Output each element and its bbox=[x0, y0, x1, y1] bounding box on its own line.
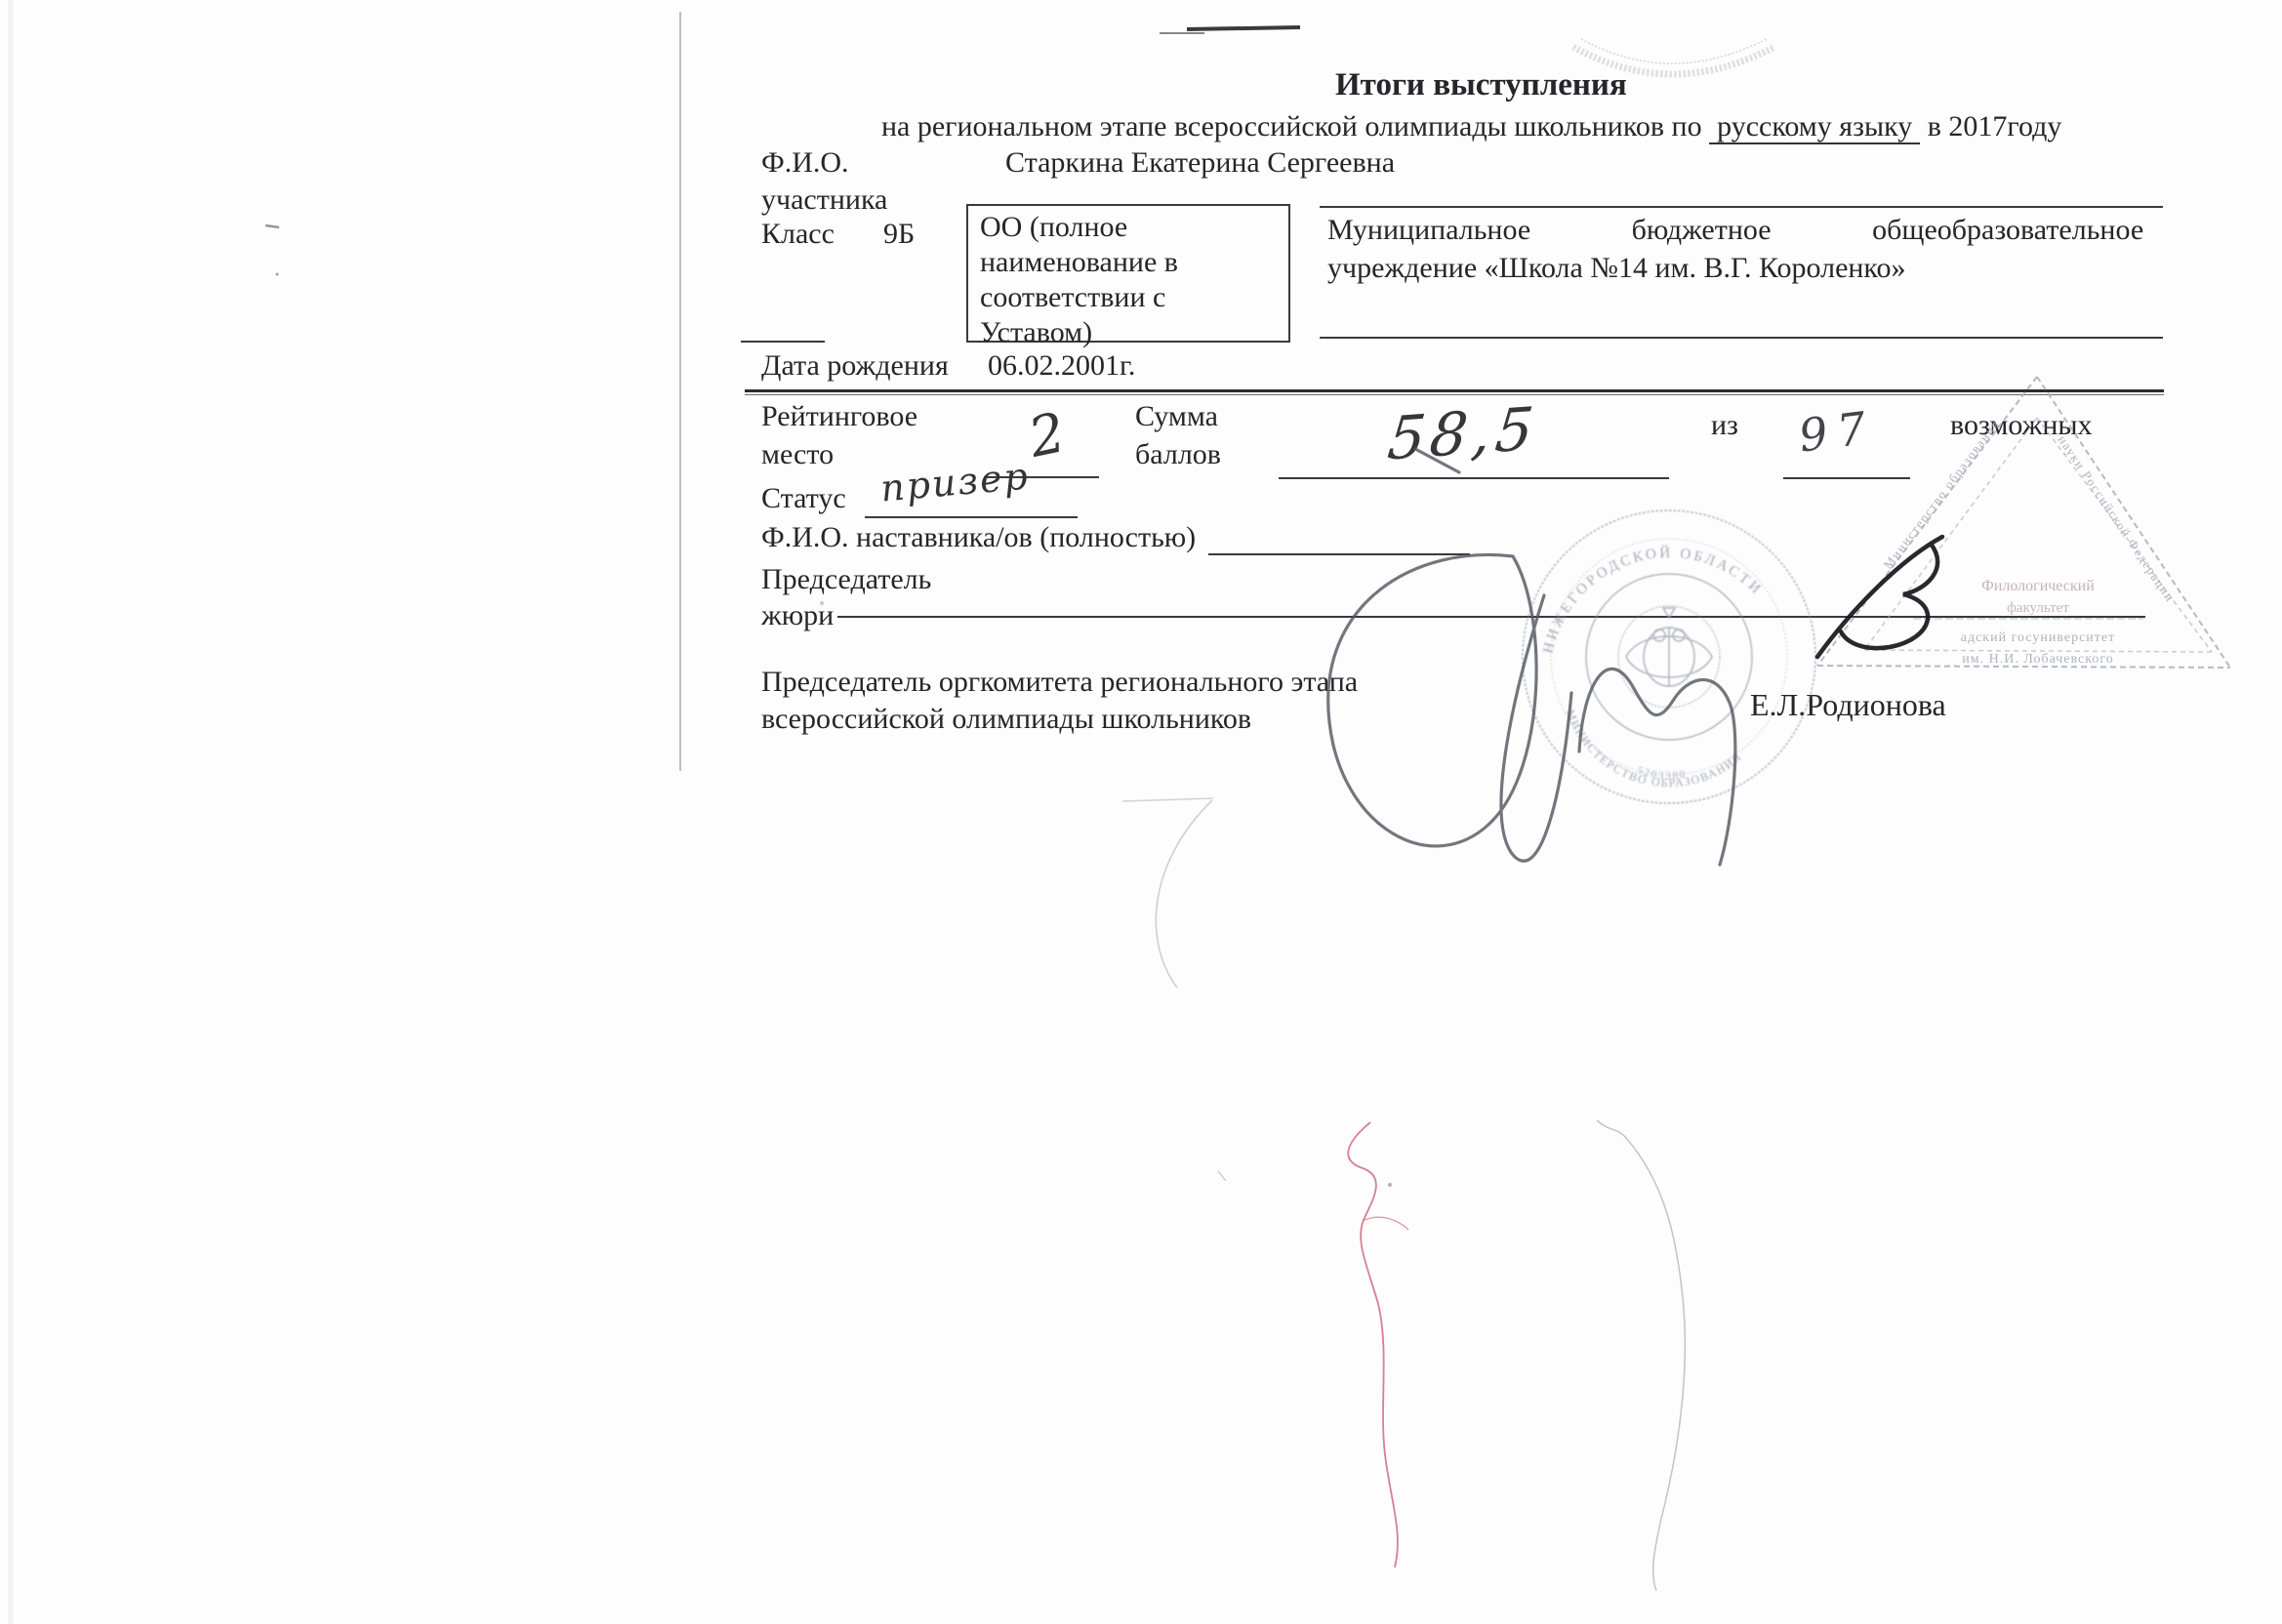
max-value-handwritten: 97 bbox=[1796, 400, 1879, 462]
triangle-center-line1: Филологический bbox=[1981, 578, 2095, 594]
possible-label: возможных bbox=[1950, 408, 2093, 443]
school-bottom-rule bbox=[1320, 337, 2163, 339]
subtitle-subject: русскому языку bbox=[1709, 110, 1920, 144]
section-rule bbox=[745, 389, 2164, 392]
status-label: Статус bbox=[761, 481, 846, 516]
triangle-right-edge-text: науки Российской Федерации bbox=[2056, 432, 2179, 605]
orgcom-label-line1: Председатель оргкомитета регионального э… bbox=[761, 665, 1358, 700]
jury-label-line1: Председатель bbox=[761, 562, 931, 597]
participant-name: Старкина Екатерина Сергеевна bbox=[1005, 145, 1395, 181]
triangle-center-line2: факультет bbox=[2007, 600, 2069, 616]
school-box-label: ОО (полное наименование в соответствии с… bbox=[980, 210, 1257, 350]
school-top-rule bbox=[1320, 206, 2163, 208]
school-name-line2: учреждение «Школа №14 им. В.Г. Короленко… bbox=[1327, 251, 1906, 286]
triangle-university-line1: адский госуниверситет bbox=[1961, 630, 2116, 645]
subtitle-suffix: в 2017году bbox=[1928, 110, 2062, 142]
sum-label-line2: баллов bbox=[1135, 437, 1221, 472]
sum-label-line1: Сумма bbox=[1135, 399, 1218, 434]
sum-underline bbox=[1279, 477, 1669, 479]
grade-underline bbox=[741, 341, 825, 343]
orgcom-chair-name: Е.Л.Родионова bbox=[1750, 686, 1946, 723]
chair-signature bbox=[1796, 522, 1962, 669]
seal-emblem-eagle bbox=[1626, 608, 1712, 686]
grade-value: 9Б bbox=[883, 217, 915, 252]
pen-dash-thin bbox=[1160, 32, 1204, 34]
svg-text:5203380: 5203380 bbox=[1636, 764, 1688, 782]
birth-label: Дата рождения bbox=[761, 348, 949, 384]
scanned-document: Итоги выступления на региональном этапе … bbox=[0, 0, 2282, 1624]
rating-label-line1: Рейтинговое bbox=[761, 399, 917, 434]
page-fold-line bbox=[679, 12, 681, 771]
seal-ring-bottom-text: МИНИСТЕРСТВО ОБРАЗОВАНИЯ bbox=[1564, 708, 1744, 790]
sum-value-handwritten: 58,5 bbox=[1384, 394, 1541, 473]
svg-text:НИЖЕГОРОДСКОЙ ОБЛАСТИ: НИЖЕГОРОДСКОЙ ОБЛАСТИ bbox=[1540, 545, 1765, 655]
max-underline bbox=[1783, 477, 1910, 479]
scanner-edge-shade bbox=[8, 0, 14, 1624]
fio-label-line2: участника bbox=[761, 183, 887, 218]
birth-value: 06.02.2001г. bbox=[988, 348, 1135, 384]
orgcom-label-line2: всероссийской олимпиады школьников bbox=[761, 702, 1251, 737]
rating-value-handwritten: 2 bbox=[1024, 401, 1071, 470]
round-seal-stamp: НИЖЕГОРОДСКОЙ ОБЛАСТИ МИНИСТЕРСТВО ОБРАЗ… bbox=[1503, 493, 1835, 825]
subtitle-prefix: на региональном этапе всероссийской олим… bbox=[881, 110, 1702, 142]
mentor-underline bbox=[1208, 553, 1470, 555]
jury-label-line2: жюри bbox=[761, 598, 834, 633]
jury-signature-line bbox=[837, 616, 2145, 618]
jury-signature bbox=[1269, 429, 1815, 898]
of-label: из bbox=[1711, 408, 1738, 443]
school-box: ОО (полное наименование в соответствии с… bbox=[966, 204, 1290, 343]
seal-number-text: 5203380 bbox=[1636, 764, 1688, 782]
svg-text:МИНИСТЕРСТВО ОБРАЗОВАНИЯ: МИНИСТЕРСТВО ОБРАЗОВАНИЯ bbox=[1564, 708, 1744, 790]
mentor-label: Ф.И.О. наставника/ов (полностью) bbox=[761, 520, 1196, 555]
status-underline bbox=[865, 516, 1078, 518]
section-rule-echo bbox=[745, 394, 2164, 395]
status-value-handwritten: призер bbox=[878, 454, 1031, 509]
school-name-line1: Муниципальное бюджетное общеобразователь… bbox=[1327, 213, 2143, 248]
seal-ring-top-text: НИЖЕГОРОДСКОЙ ОБЛАСТИ bbox=[1540, 545, 1765, 655]
rating-label-line2: место bbox=[761, 437, 834, 472]
pen-dash bbox=[1187, 25, 1300, 31]
grade-label: Класс bbox=[761, 217, 835, 252]
document-title: Итоги выступления bbox=[1335, 66, 1627, 105]
fio-label-line1: Ф.И.О. bbox=[761, 145, 849, 181]
triangle-university-line2: им. Н.И. Лобачевского bbox=[1962, 652, 2113, 667]
